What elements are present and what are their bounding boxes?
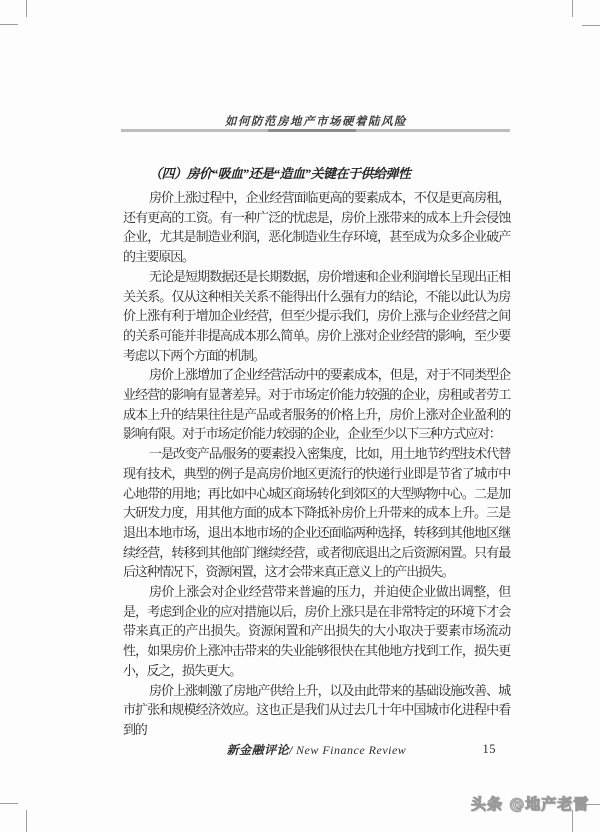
- crop-mark-top-left-vertical: [26, 0, 27, 17]
- crop-mark-top-left-horizontal: [0, 24, 18, 25]
- body-paragraph-6: 房价上涨刺激了房地产供给上升，以及由此带来的基础设施改善、城市扩张和规模经济效应…: [123, 681, 510, 740]
- body-paragraph-5: 房价上涨会对企业经营带来普遍的压力，并迫使企业做出调整，但是，考虑到企业的应对措…: [123, 582, 510, 681]
- crop-mark-top-right-vertical: [572, 0, 573, 17]
- crop-mark-bottom-left-horizontal: [0, 803, 18, 804]
- journal-title-english: New Finance Review: [296, 743, 406, 757]
- body-paragraph-2: 无论是短期数据还是长期数据，房价增速和企业利润增长呈现出正相关关系。仅从这种相关…: [123, 267, 510, 366]
- section-heading: （四）房价“吸血”还是“造血”关键在于供给弹性: [123, 163, 510, 185]
- body-paragraph-1: 房价上涨过程中，企业经营面临更高的要素成本，不仅是更高房租，还有更高的工资。有一…: [123, 188, 510, 267]
- running-header-title: 如何防范房地产市场硬着陆风险: [106, 113, 526, 129]
- crop-mark-top-right-horizontal: [582, 25, 600, 26]
- journal-title: 新金融评论/New Finance Review: [123, 741, 510, 758]
- header-rule-accent: [268, 129, 356, 132]
- body-paragraph-4: 一是改变产品/服务的要素投入密集度，比如，用土地节约型技术代替现有技术，典型的例…: [123, 444, 510, 582]
- journal-title-chinese: 新金融评论/: [227, 743, 293, 757]
- crop-mark-bottom-left-vertical: [26, 810, 27, 832]
- page-background: 如何防范房地产市场硬着陆风险 （四）房价“吸血”还是“造血”关键在于供给弹性 房…: [0, 0, 600, 832]
- page-footer: 新金融评论/New Finance Review 15: [123, 741, 510, 759]
- scanned-page: { "document": { "header": { "running_tit…: [0, 0, 600, 832]
- article-body: （四）房价“吸血”还是“造血”关键在于供给弹性 房价上涨过程中，企业经营面临更高…: [123, 163, 510, 740]
- body-paragraph-3: 房价上涨增加了企业经营活动中的要素成本，但是，对于不同类型企业经营的影响有显著差…: [123, 365, 510, 444]
- watermark-text: 头条 @地产老雷: [471, 793, 589, 814]
- page-number: 15: [483, 742, 497, 757]
- header-rule: [121, 129, 510, 132]
